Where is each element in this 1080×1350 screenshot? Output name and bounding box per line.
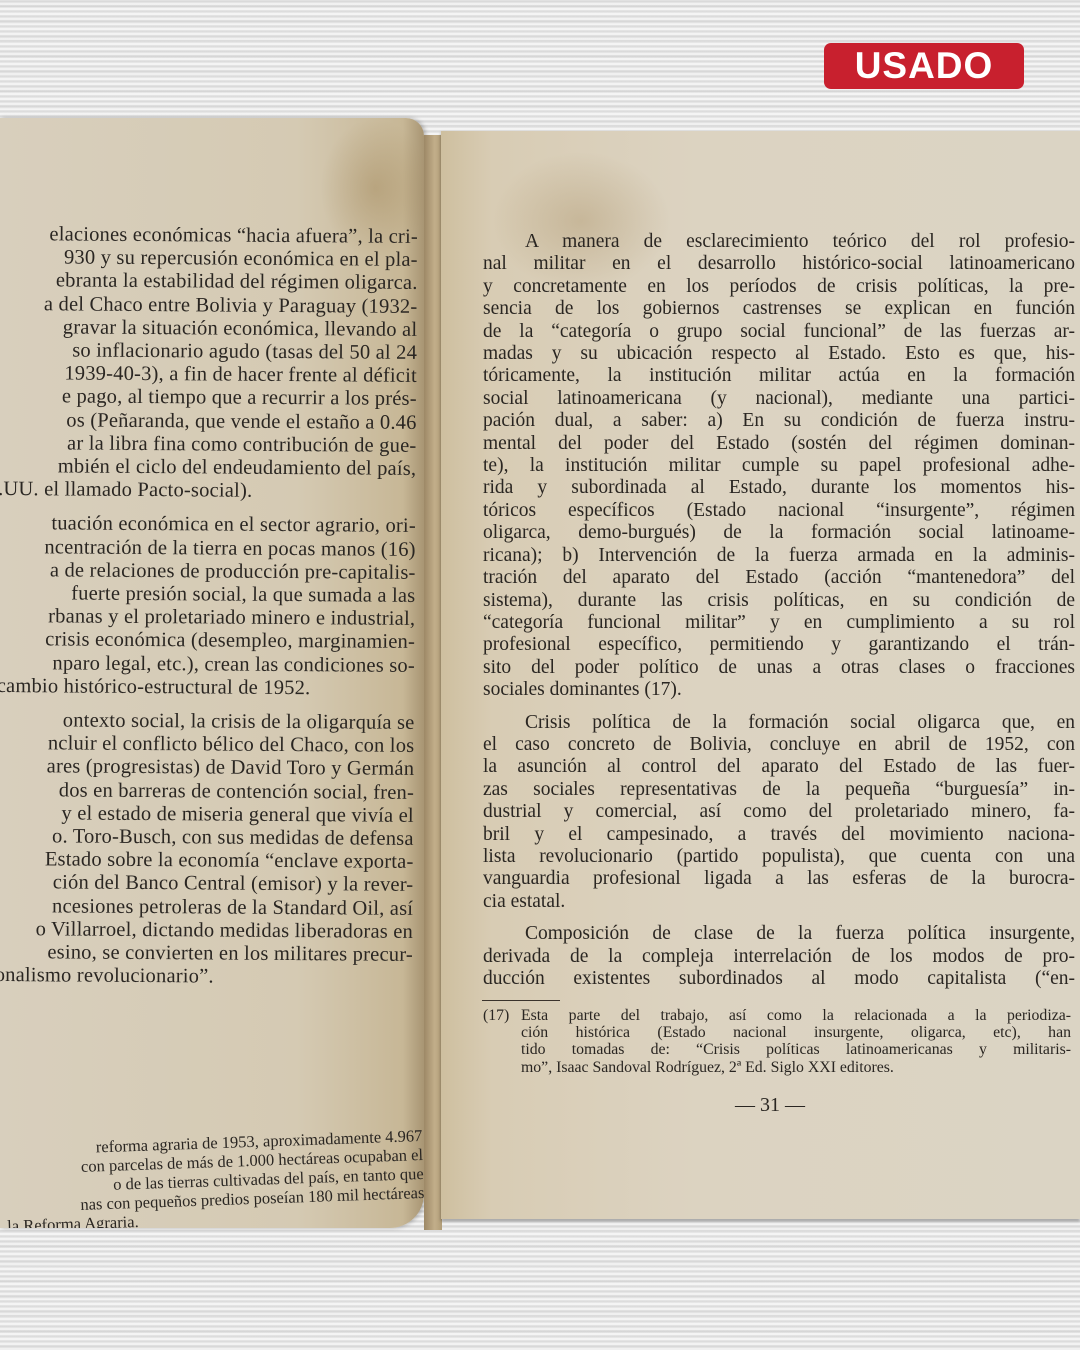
text-line: esino, se convierten en los militares pr… — [0, 941, 413, 967]
footnote-line: mo”, Isaac Sandoval Rodríguez, 2ª Ed. Si… — [521, 1059, 1071, 1076]
text-line: zas sociales representativas de la peque… — [483, 779, 1075, 801]
right-footnote: (17) Esta parte del trabajo, así como la… — [483, 1007, 1071, 1076]
text-line: o Villarroel, dictando medidas liberador… — [0, 918, 413, 944]
text-line: y concretamente en los períodos de crisi… — [483, 276, 1075, 298]
text-line: mbién el ciclo del endeudamiento del paí… — [0, 455, 416, 481]
text-line: pación dual, a saber: a) En su condición… — [483, 410, 1075, 432]
text-line: sencia de los gobiernos castrenses se ex… — [483, 298, 1075, 320]
text-line: sociales dominantes (17). — [483, 679, 1075, 701]
text-line: de la “categoría o grupo social funciona… — [483, 321, 1075, 343]
book-gutter — [424, 135, 442, 1230]
text-line: cambio histórico-estructural de 1952. — [0, 675, 415, 701]
text-line: ontexto social, la crisis de la oligarqu… — [0, 709, 415, 735]
text-line: onalismo revolucionario”. — [0, 964, 413, 990]
text-line: rida y subordinada al Estado, durante lo… — [483, 477, 1075, 499]
paragraph: Crisis política de la formación social o… — [483, 712, 1075, 914]
text-line: tóricos específicos (Estado nacional “in… — [483, 500, 1075, 522]
paragraph: tuación económica en el sector agrario, … — [0, 512, 416, 701]
text-line: dustrial y comercial, así como del prole… — [483, 801, 1075, 823]
text-line: Crisis política de la formación social o… — [483, 712, 1075, 734]
text-line: o. Toro-Busch, con sus medidas de defens… — [0, 825, 414, 851]
text-line: el caso concreto de Bolivia, concluye en… — [483, 734, 1075, 756]
text-line: la asunción al control del aparato del E… — [483, 756, 1075, 778]
text-line: madas y su ubicación respecto al Estado.… — [483, 343, 1075, 365]
text-line: tración del aparato del Estado (acción “… — [483, 567, 1075, 589]
paragraph: ontexto social, la crisis de la oligarqu… — [0, 709, 415, 990]
text-line: cia estatal. — [483, 891, 1075, 913]
text-line: fuerte presión social, la que sumada a l… — [0, 582, 415, 608]
text-line: “categoría funcional militar” y en cumpl… — [483, 612, 1075, 634]
right-page-body: A manera de esclarecimiento teórico del … — [483, 231, 1075, 1000]
text-line: e pago, al tiempo que a recurrir a los p… — [0, 385, 417, 411]
footnote-line: ción histórica (Estado nacional insurgen… — [521, 1024, 1071, 1041]
footnote-divider — [482, 1000, 560, 1001]
text-line: sito del poder político de unas a otras … — [483, 657, 1075, 679]
text-line: a de relaciones de producción pre-capita… — [0, 559, 416, 585]
text-line: .UU. el llamado Pacto-social). — [0, 478, 416, 504]
text-line: lista revolucionario (partido populista)… — [483, 846, 1075, 868]
left-footnote: reforma agraria de 1953, aproximadamente… — [0, 1126, 424, 1228]
text-line: dos en barreras de contención social, fr… — [0, 779, 414, 805]
text-line: ción del Banco Central (emisor) y la rev… — [0, 871, 413, 897]
text-line: social latinoamericana (y nacional), med… — [483, 388, 1075, 410]
footnote-line: tido tomadas de: “Crisis políticas latin… — [521, 1041, 1071, 1058]
text-line: os (Peñaranda, que vende el estaño a 0.4… — [0, 409, 417, 435]
text-line: y el estado de miseria general que vivía… — [0, 802, 414, 828]
left-page: elaciones económicas “hacia afuera”, la … — [0, 118, 424, 1228]
text-line: ebranta la estabilidad del régimen oliga… — [0, 269, 418, 295]
text-line: elaciones económicas “hacia afuera”, la … — [0, 223, 418, 249]
text-line: crisis económica (desempleo, marginamien… — [0, 628, 415, 654]
text-line: so inflacionario agudo (tasas del 50 al … — [0, 339, 417, 365]
text-line: A manera de esclarecimiento teórico del … — [483, 231, 1075, 253]
text-line: mental del poder del Estado (sostén del … — [483, 433, 1075, 455]
text-line: tóricamente, la institución militar actú… — [483, 365, 1075, 387]
paragraph: elaciones económicas “hacia afuera”, la … — [0, 223, 418, 504]
text-line: Composición de clase de la fuerza políti… — [483, 923, 1075, 945]
text-line: ares (progresistas) de David Toro y Germ… — [0, 755, 414, 781]
paragraph: A manera de esclarecimiento teórico del … — [483, 231, 1075, 702]
text-line: sistema), durante las crisis políticas, … — [483, 590, 1075, 612]
text-line: ar la libra fina como contribución de gu… — [0, 432, 417, 458]
text-line: 930 y su repercusión económica en el pla… — [0, 246, 418, 272]
text-line: ncluir el conflicto bélico del Chaco, co… — [0, 732, 414, 758]
text-line: ncesiones petroleras de la Standard Oil,… — [0, 895, 413, 921]
right-page: A manera de esclarecimiento teórico del … — [441, 131, 1080, 1219]
text-line: bril y el campesinado, a través del movi… — [483, 824, 1075, 846]
text-line: ducción existentes subordinados al modo … — [483, 968, 1075, 990]
text-line: oligarca, demo-burgués) de la formación … — [483, 522, 1075, 544]
footnote-body: Esta parte del trabajo, así como la rela… — [521, 1007, 1071, 1076]
text-line: te), la institución militar cumple su pa… — [483, 455, 1075, 477]
text-line: a del Chaco entre Bolivia y Paraguay (19… — [0, 293, 418, 319]
text-line: nparo legal, etc.), crean las condicione… — [0, 652, 415, 678]
text-line: vanguardia profesional ligada a las esfe… — [483, 868, 1075, 890]
text-line: rbanas y el proletariado minero e indust… — [0, 605, 415, 631]
text-line: ncentración de la tierra en pocas manos … — [0, 536, 416, 562]
text-line: gravar la situación económica, llevando … — [0, 316, 417, 342]
paragraph: Composición de clase de la fuerza políti… — [483, 923, 1075, 990]
page-number: — 31 — — [735, 1094, 805, 1117]
footnote-line: Esta parte del trabajo, así como la rela… — [521, 1007, 1071, 1024]
footnote-number: (17) — [483, 1007, 509, 1024]
text-line: derivada de la compleja interrelación de… — [483, 946, 1075, 968]
text-line: ricana); b) Intervención de la fuerza ar… — [483, 545, 1075, 567]
condition-badge: USADO — [824, 43, 1024, 89]
text-line: profesional específico, permitiendo y ga… — [483, 634, 1075, 656]
text-line: Estado sobre la economía “enclave export… — [0, 848, 414, 874]
text-line: nal militar en el desarrollo histórico-s… — [483, 253, 1075, 275]
text-line: 1939-40-3), a fin de hacer frente al déf… — [0, 362, 417, 388]
left-page-body: elaciones económicas “hacia afuera”, la … — [0, 223, 418, 1001]
text-line: tuación económica en el sector agrario, … — [0, 512, 416, 538]
